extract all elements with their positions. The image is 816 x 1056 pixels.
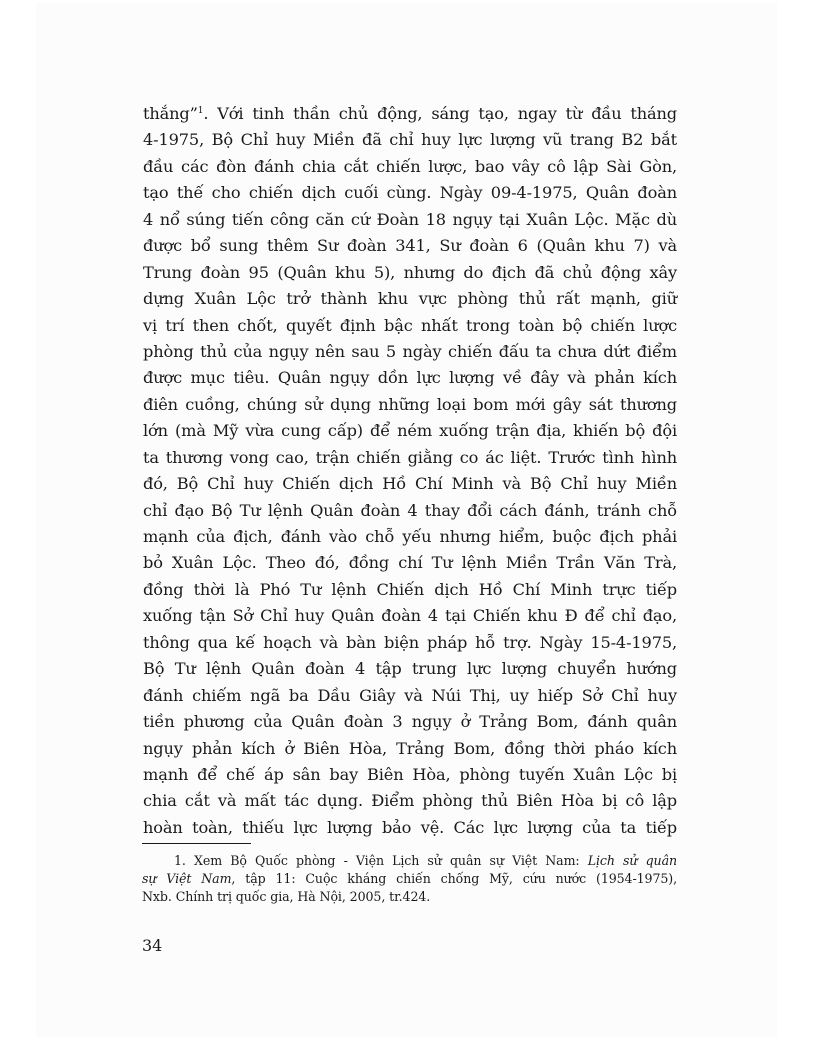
body-line-12: điên cuồng, chúng sử dụng những loại bom…: [143, 392, 677, 418]
line-text-continuation: . Với tinh thần chủ động, sáng tạo, ngay…: [203, 104, 677, 123]
body-line-17: mạnh của địch, đánh vào chỗ yếu nhưng hi…: [143, 524, 677, 550]
footnote: 1. Xem Bộ Quốc phòng - Viện Lịch sử quân…: [142, 852, 677, 907]
footnote-book-title-cont: sự Việt Nam: [142, 871, 231, 886]
footnote-line-3: Nxb. Chính trị quốc gia, Hà Nội, 2005, t…: [142, 888, 677, 906]
footnote-divider: [142, 843, 251, 844]
body-line-10: phòng thủ của ngụy nên sau 5 ngày chiến …: [143, 339, 677, 365]
body-line-2: 4-1975, Bộ Chỉ huy Miền đã chỉ huy lực l…: [143, 127, 677, 153]
body-line-13: lớn (mà Mỹ vừa cung cấp) để ném xuống tr…: [143, 418, 677, 444]
page-number: 34: [142, 936, 162, 956]
body-line-21: thông qua kế hoạch và bàn biện pháp hỗ t…: [143, 630, 677, 656]
footnote-line-1: 1. Xem Bộ Quốc phòng - Viện Lịch sử quân…: [142, 852, 677, 870]
footnote-text: , tập 11: Cuộc kháng chiến chống Mỹ, cứu…: [231, 871, 677, 886]
body-text: thắng”1. Với tinh thần chủ động, sáng tạ…: [143, 101, 677, 841]
body-line-20: xuống tận Sở Chỉ huy Quân đoàn 4 tại Chi…: [143, 603, 677, 629]
body-line-28: hoàn toàn, thiếu lực lượng bảo vệ. Các l…: [143, 815, 677, 841]
body-line-27: chia cắt và mất tác dụng. Điểm phòng thủ…: [143, 788, 677, 814]
line-text: thắng”: [143, 104, 198, 123]
body-line-3: đầu các đòn đánh chia cắt chiến lược, ba…: [143, 154, 677, 180]
footnote-book-title: Lịch sử quân: [588, 853, 677, 868]
footnote-line-2: sự Việt Nam, tập 11: Cuộc kháng chiến ch…: [142, 870, 677, 888]
body-line-15: đó, Bộ Chỉ huy Chiến dịch Hồ Chí Minh và…: [143, 471, 677, 497]
body-line-8: dựng Xuân Lộc trở thành khu vực phòng th…: [143, 286, 677, 312]
body-line-18: bỏ Xuân Lộc. Theo đó, đồng chí Tư lệnh M…: [143, 550, 677, 576]
body-line-9: vị trí then chốt, quyết định bậc nhất tr…: [143, 313, 677, 339]
footnote-text: 1. Xem Bộ Quốc phòng - Viện Lịch sử quân…: [174, 853, 588, 868]
body-line-22: Bộ Tư lệnh Quân đoàn 4 tập trung lực lượ…: [143, 656, 677, 682]
body-line-26: mạnh để chế áp sân bay Biên Hòa, phòng t…: [143, 762, 677, 788]
body-line-16: chỉ đạo Bộ Tư lệnh Quân đoàn 4 thay đổi …: [143, 498, 677, 524]
body-line-25: ngụy phản kích ở Biên Hòa, Trảng Bom, đồ…: [143, 736, 677, 762]
body-line-7: Trung đoàn 95 (Quân khu 5), nhưng do địc…: [143, 260, 677, 286]
body-line-11: được mục tiêu. Quân ngụy dồn lực lượng v…: [143, 365, 677, 391]
body-line-1: thắng”1. Với tinh thần chủ động, sáng tạ…: [143, 101, 677, 127]
body-line-24: tiền phương của Quân đoàn 3 ngụy ở Trảng…: [143, 709, 677, 735]
body-line-6: được bổ sung thêm Sư đoàn 341, Sư đoàn 6…: [143, 233, 677, 259]
body-line-5: 4 nổ súng tiến công căn cứ Đoàn 18 ngụy …: [143, 207, 677, 233]
body-line-4: tạo thế cho chiến dịch cuối cùng. Ngày 0…: [143, 180, 677, 206]
body-line-19: đồng thời là Phó Tư lệnh Chiến dịch Hồ C…: [143, 577, 677, 603]
body-line-14: ta thương vong cao, trận chiến giằng co …: [143, 445, 677, 471]
body-line-23: đánh chiếm ngã ba Dầu Giây và Núi Thị, u…: [143, 683, 677, 709]
